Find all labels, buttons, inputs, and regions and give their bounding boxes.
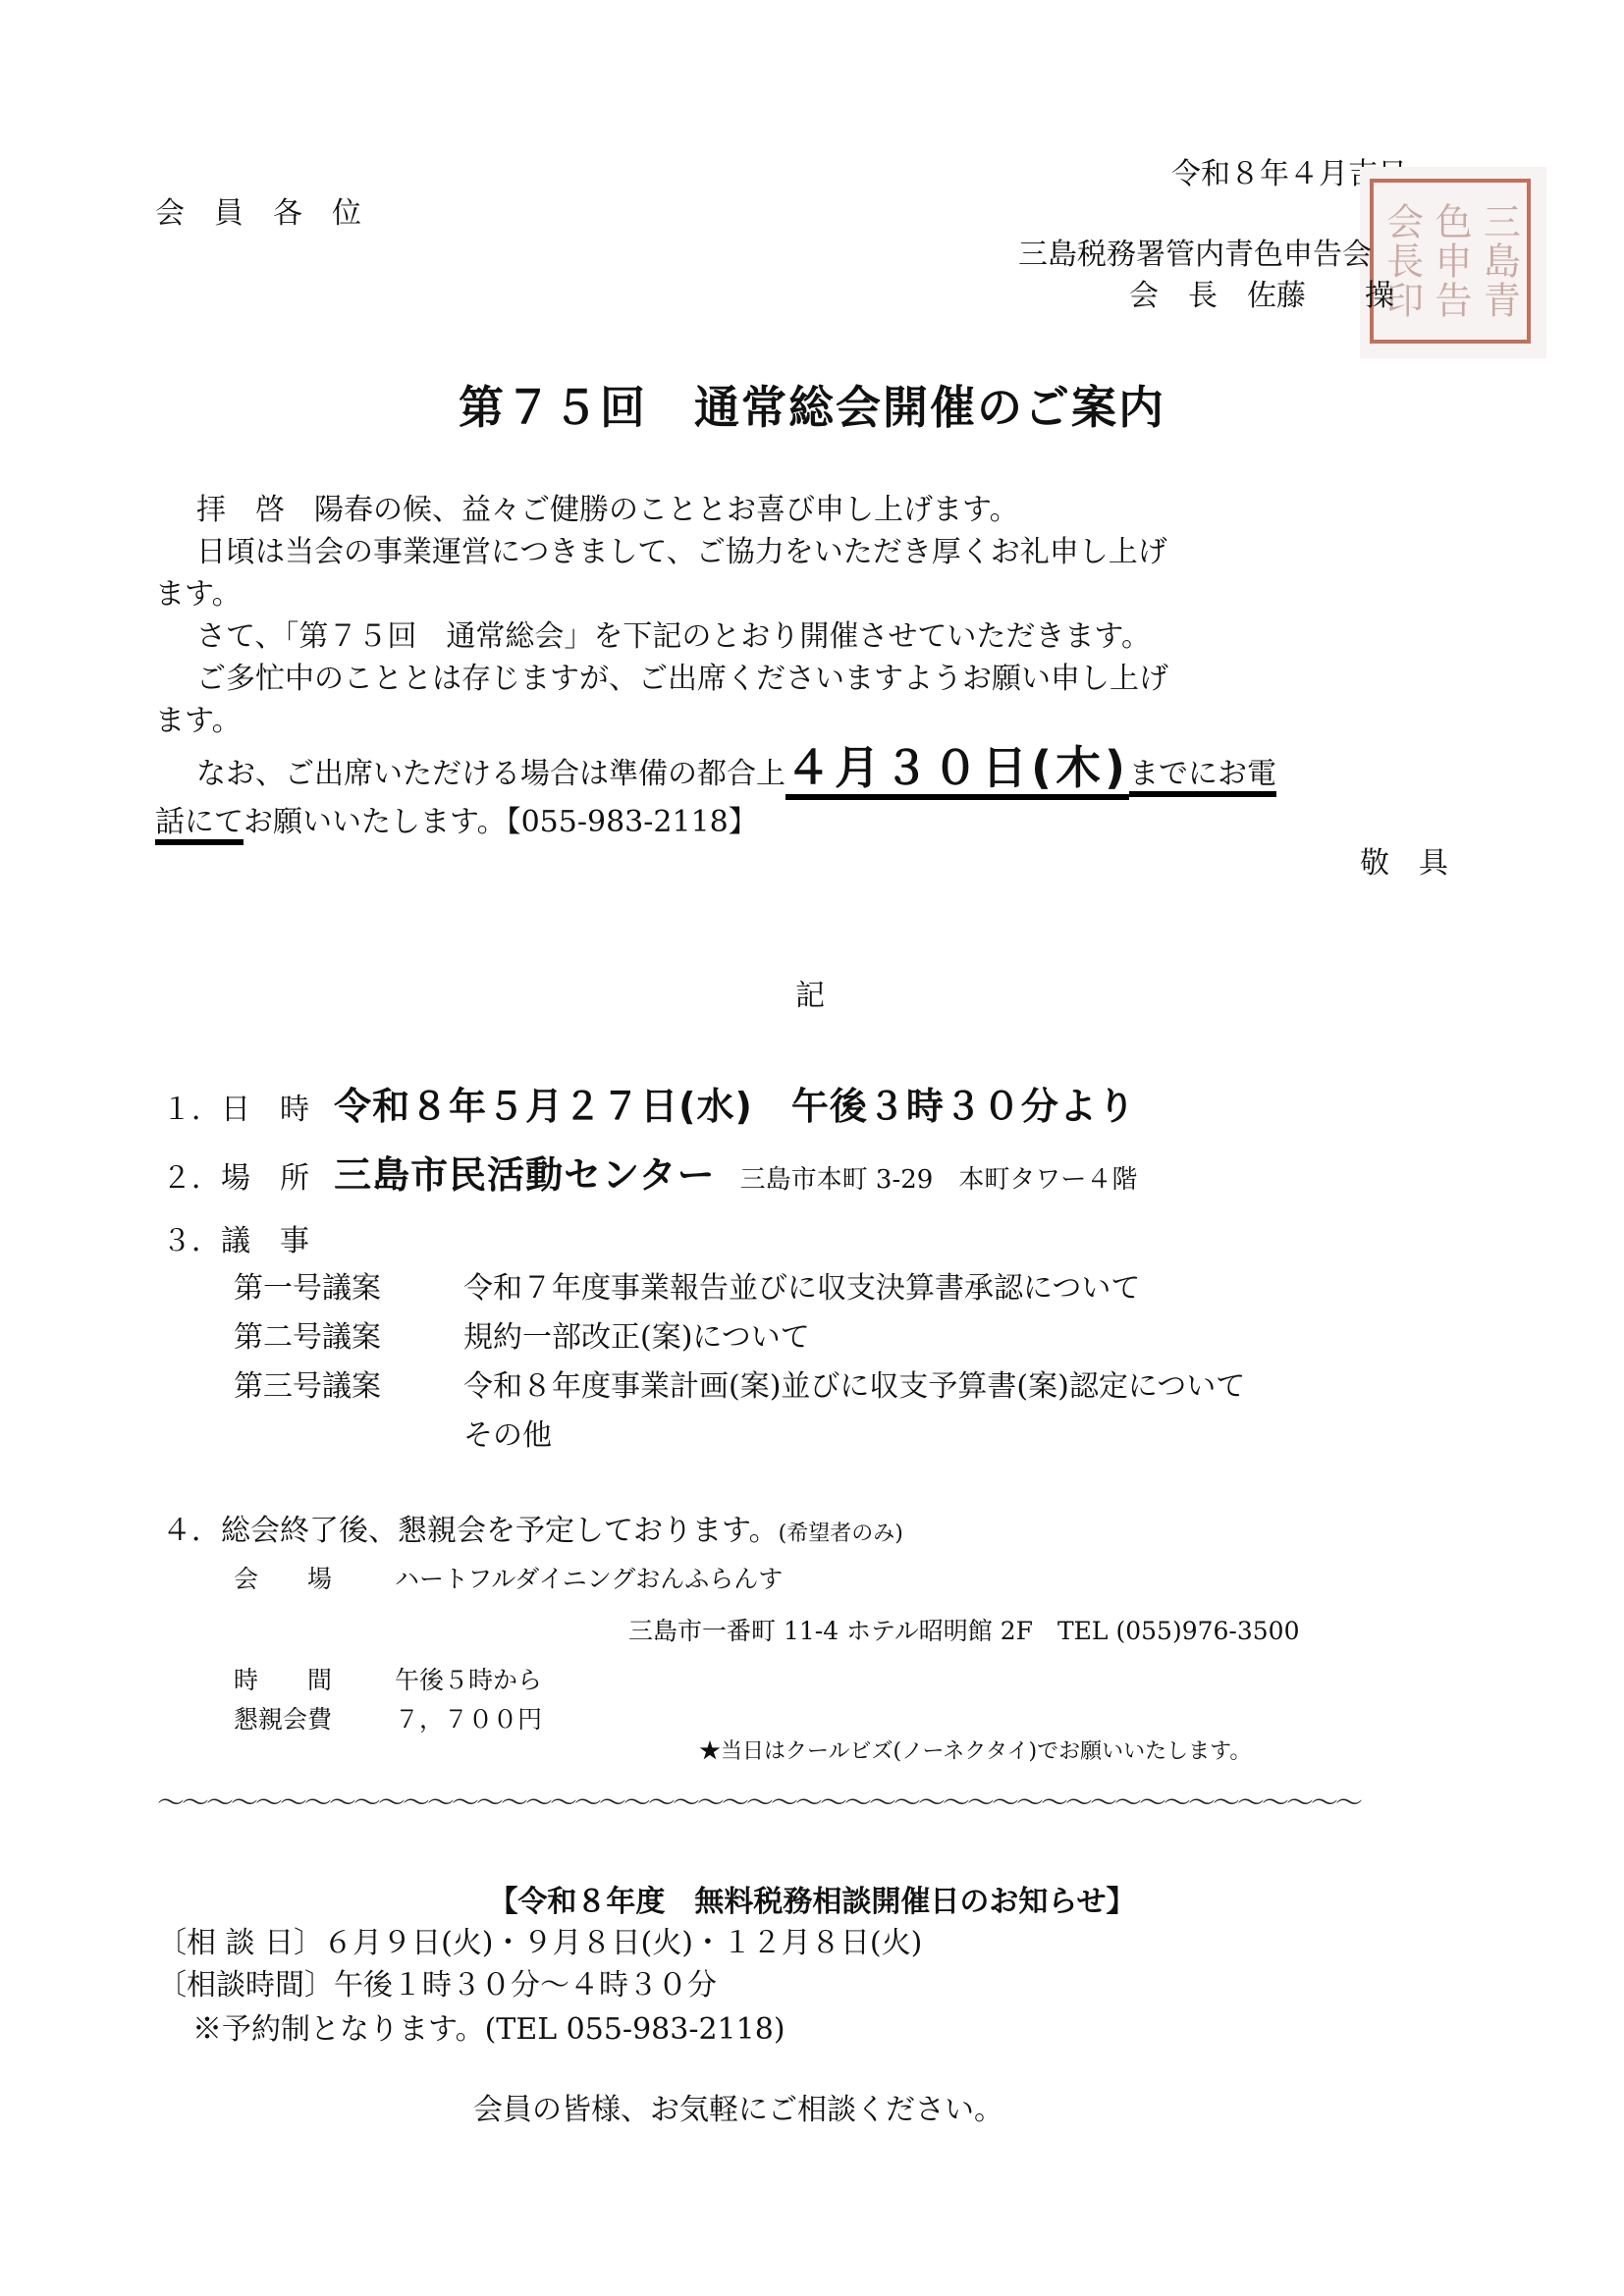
item-value: 三島市民活動センター bbox=[334, 1153, 715, 1197]
consultation-days-value: ６月９日(火)・９月８日(火)・１２月８日(火) bbox=[323, 1926, 922, 1960]
party-note: (希望者のみ) bbox=[779, 1522, 903, 1546]
ki-heading: 記 bbox=[795, 977, 825, 1016]
agenda-text: 規約一部改正(案)について bbox=[463, 1318, 810, 1358]
body-line: 日頃は当会の事業運営につきまして、ご協力をいただき厚くお礼申し上げ bbox=[196, 533, 1167, 572]
organization-name: 三島税務署管内青色申告会 bbox=[1018, 236, 1372, 275]
rsvp-phone-underlined: 話にて bbox=[155, 805, 244, 845]
rsvp-line-2: 話にてお願いいたします。【055-983-2118】 bbox=[155, 803, 758, 842]
closing-keigu: 敬 具 bbox=[1360, 844, 1448, 883]
party-venue-address: 三島市一番町 11-4 ホテル昭明館 2F TEL (055)976-3500 bbox=[628, 1615, 1300, 1648]
wavy-divider: 〜〜〜〜〜〜〜〜〜〜〜〜〜〜〜〜〜〜〜〜〜〜〜〜〜〜〜〜〜〜〜〜〜〜〜〜〜〜〜〜… bbox=[157, 1789, 1478, 1818]
organization-seal: 三島青 色申告 会長印 bbox=[1360, 167, 1546, 358]
seal-stamp-icon: 三島青 色申告 会長印 bbox=[1370, 179, 1531, 344]
item-label: ２．場 所 bbox=[162, 1161, 309, 1196]
consultation-days-label: 〔相 談 日〕 bbox=[157, 1926, 323, 1960]
agenda-no: 第三号議案 bbox=[234, 1367, 381, 1407]
president-name: 会 長 佐藤 操 bbox=[1129, 277, 1394, 316]
consultation-hours-value: 午後１時３０分〜４時３０分 bbox=[334, 1968, 717, 2002]
party-venue: ハートフルダイニングおんふらんす bbox=[395, 1563, 783, 1596]
consultation-hours-label: 〔相談時間〕 bbox=[157, 1968, 334, 2002]
consultation-hours: 〔相談時間〕午後１時３０分〜４時３０分 bbox=[157, 1966, 717, 2005]
venue-address: 三島市本町 3-29 本町タワー４階 bbox=[740, 1165, 1138, 1195]
seal-column: 色申告 bbox=[1429, 190, 1472, 332]
addressee: 会 員 各 位 bbox=[155, 194, 361, 234]
rsvp-text-underlined: までにお電 bbox=[1129, 757, 1276, 797]
agenda-no: 第一号議案 bbox=[234, 1269, 381, 1308]
consultation-title: 【令和８年度 無料税務相談開催日のお知らせ】 bbox=[0, 1883, 1624, 1922]
consultation-closing: 会員の皆様、お気軽にご相談ください。 bbox=[473, 2091, 1003, 2130]
agenda-no: 第二号議案 bbox=[234, 1318, 381, 1358]
reservation-note: ※予約制となります。(TEL 055-983-2118) bbox=[192, 2010, 785, 2050]
party-time: 午後５時から bbox=[395, 1664, 542, 1697]
seal-column: 三島青 bbox=[1477, 190, 1520, 332]
agenda-text: 令和８年度事業計画(案)並びに収支予算書(案)認定について bbox=[463, 1367, 1245, 1407]
item-label: １．日 時 bbox=[162, 1093, 309, 1127]
rsvp-text: なお、ご出席いただける場合は準備の都合上 bbox=[196, 757, 785, 791]
party-fee: ７，７００円 bbox=[395, 1703, 542, 1736]
item-label: ４．総会終了後、懇親会を予定しております。 bbox=[162, 1514, 779, 1548]
item-venue: ２．場 所 三島市民活動センター 三島市本町 3-29 本町タワー４階 bbox=[162, 1150, 1137, 1207]
rsvp-line: なお、ご出席いただける場合は準備の都合上４月３０日(木)までにお電 bbox=[196, 744, 1276, 798]
body-line: ます。 bbox=[155, 702, 242, 741]
body-line: さて、「第７５回 通常総会」を下記のとおり開催させていただきます。 bbox=[196, 617, 1151, 657]
agenda-text: 令和７年度事業報告並びに収支決算書承認について bbox=[463, 1269, 1140, 1308]
rsvp-deadline: ４月３０日(木) bbox=[785, 741, 1129, 800]
body-line: ます。 bbox=[155, 575, 242, 614]
consultation-days: 〔相 談 日〕６月９日(火)・９月８日(火)・１２月８日(火) bbox=[157, 1924, 922, 1963]
item-value: 令和８年５月２７日(水) 午後３時３０分より bbox=[334, 1085, 1136, 1128]
item-agenda-label: ３．議 事 bbox=[162, 1222, 309, 1261]
agenda-other: その他 bbox=[463, 1416, 552, 1456]
party-time-label: 時 間 bbox=[234, 1664, 332, 1697]
page-title: 第７５回 通常総会開催のご案内 bbox=[0, 378, 1624, 437]
party-venue-label: 会 場 bbox=[234, 1563, 332, 1596]
greeting-line: 拝 啓 陽春の候、益々ご健勝のこととお喜び申し上げます。 bbox=[196, 491, 1019, 530]
item-party: ４．総会終了後、懇親会を予定しております。(希望者のみ) bbox=[162, 1512, 903, 1551]
party-fee-label: 懇親会費 bbox=[234, 1703, 332, 1736]
body-line: ご多忙中のこととは存じますが、ご出席くださいますようお願い申し上げ bbox=[196, 660, 1168, 699]
rsvp-phone-text: お願いいたします。【055-983-2118】 bbox=[244, 805, 758, 839]
item-datetime: １．日 時 令和８年５月２７日(水) 午後３時３０分より bbox=[162, 1082, 1136, 1139]
dress-code-note: ★当日はクールビズ(ノーネクタイ)でお願いいたします。 bbox=[699, 1737, 1251, 1767]
